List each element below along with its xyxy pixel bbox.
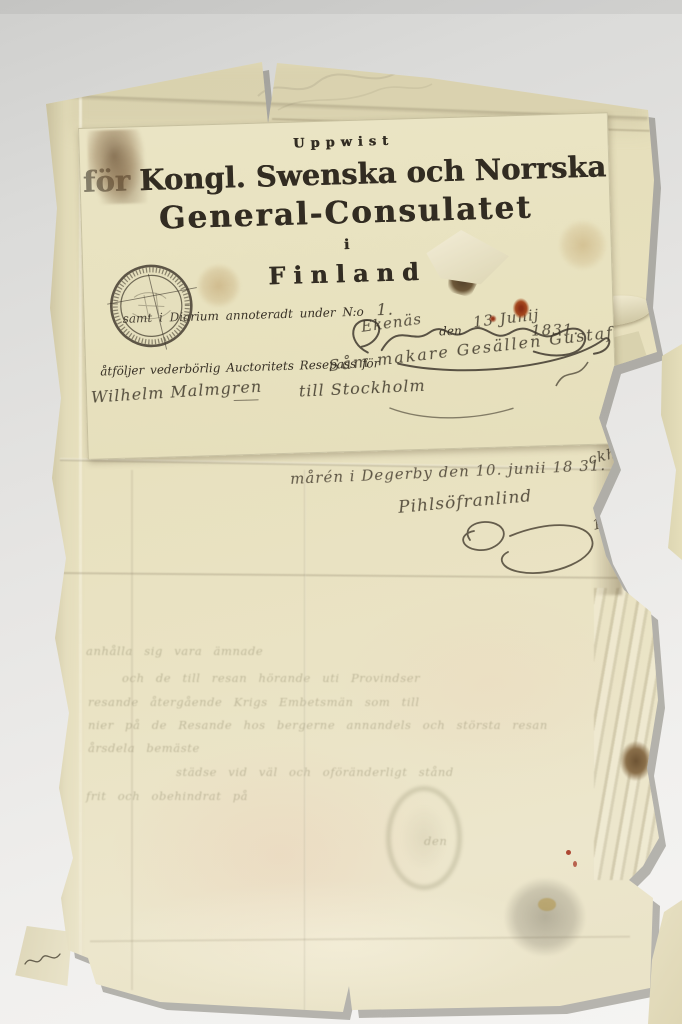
crumpled-strip [594,588,658,880]
bleedthrough-text-line: nier på de Resande hos bergerne annandel… [88,718,548,732]
left-fold-strip [44,80,84,980]
photo-top-shade [0,0,682,14]
holder-destination-handwritten: till Stockholm [298,376,426,401]
red-speck [573,861,577,867]
printed-label: Uppwist för Kongl. Swenska och Norrska G… [78,112,618,460]
bleedthrough-text-line: årsdela bemäste [88,741,200,755]
faint-handwriting-showthrough [248,56,438,114]
paper-sheet: anhålla sig vara ämnade och de till resa… [0,0,682,1024]
destination-underline-flourish [387,398,518,428]
bleedthrough-text-line: anhålla sig vara ämnade [86,644,263,658]
gray-stain [492,866,598,968]
ink-stain-blotch [87,129,147,205]
photo-of-document: anhålla sig vara ämnade och de till resa… [0,0,682,1024]
red-speck [566,850,571,855]
bleedthrough-text-line: resande återgående Krigs Embetsmän som t… [88,695,420,709]
name-dash-stroke: —— [233,392,257,409]
consulate-seal-stamp [103,258,201,356]
ghost-stamp [386,786,462,890]
bleedthrough-text-line: och de till resan hörande uti Provindser [122,671,420,685]
stray-pen-stroke [552,356,592,392]
bleedthrough-text-line: städse vid väl och oföränderligt stånd [176,765,454,779]
ink-squiggle-mark [22,944,64,972]
torn-paper-sliver [655,340,682,565]
yellow-speck [538,898,556,911]
signature-s-flourish [436,514,606,586]
bleedthrough-text-line: frit och obehindrat på [86,789,248,803]
visering-line-handwritten: mårén i Degerby den 10. junii 18 31. [290,456,607,488]
